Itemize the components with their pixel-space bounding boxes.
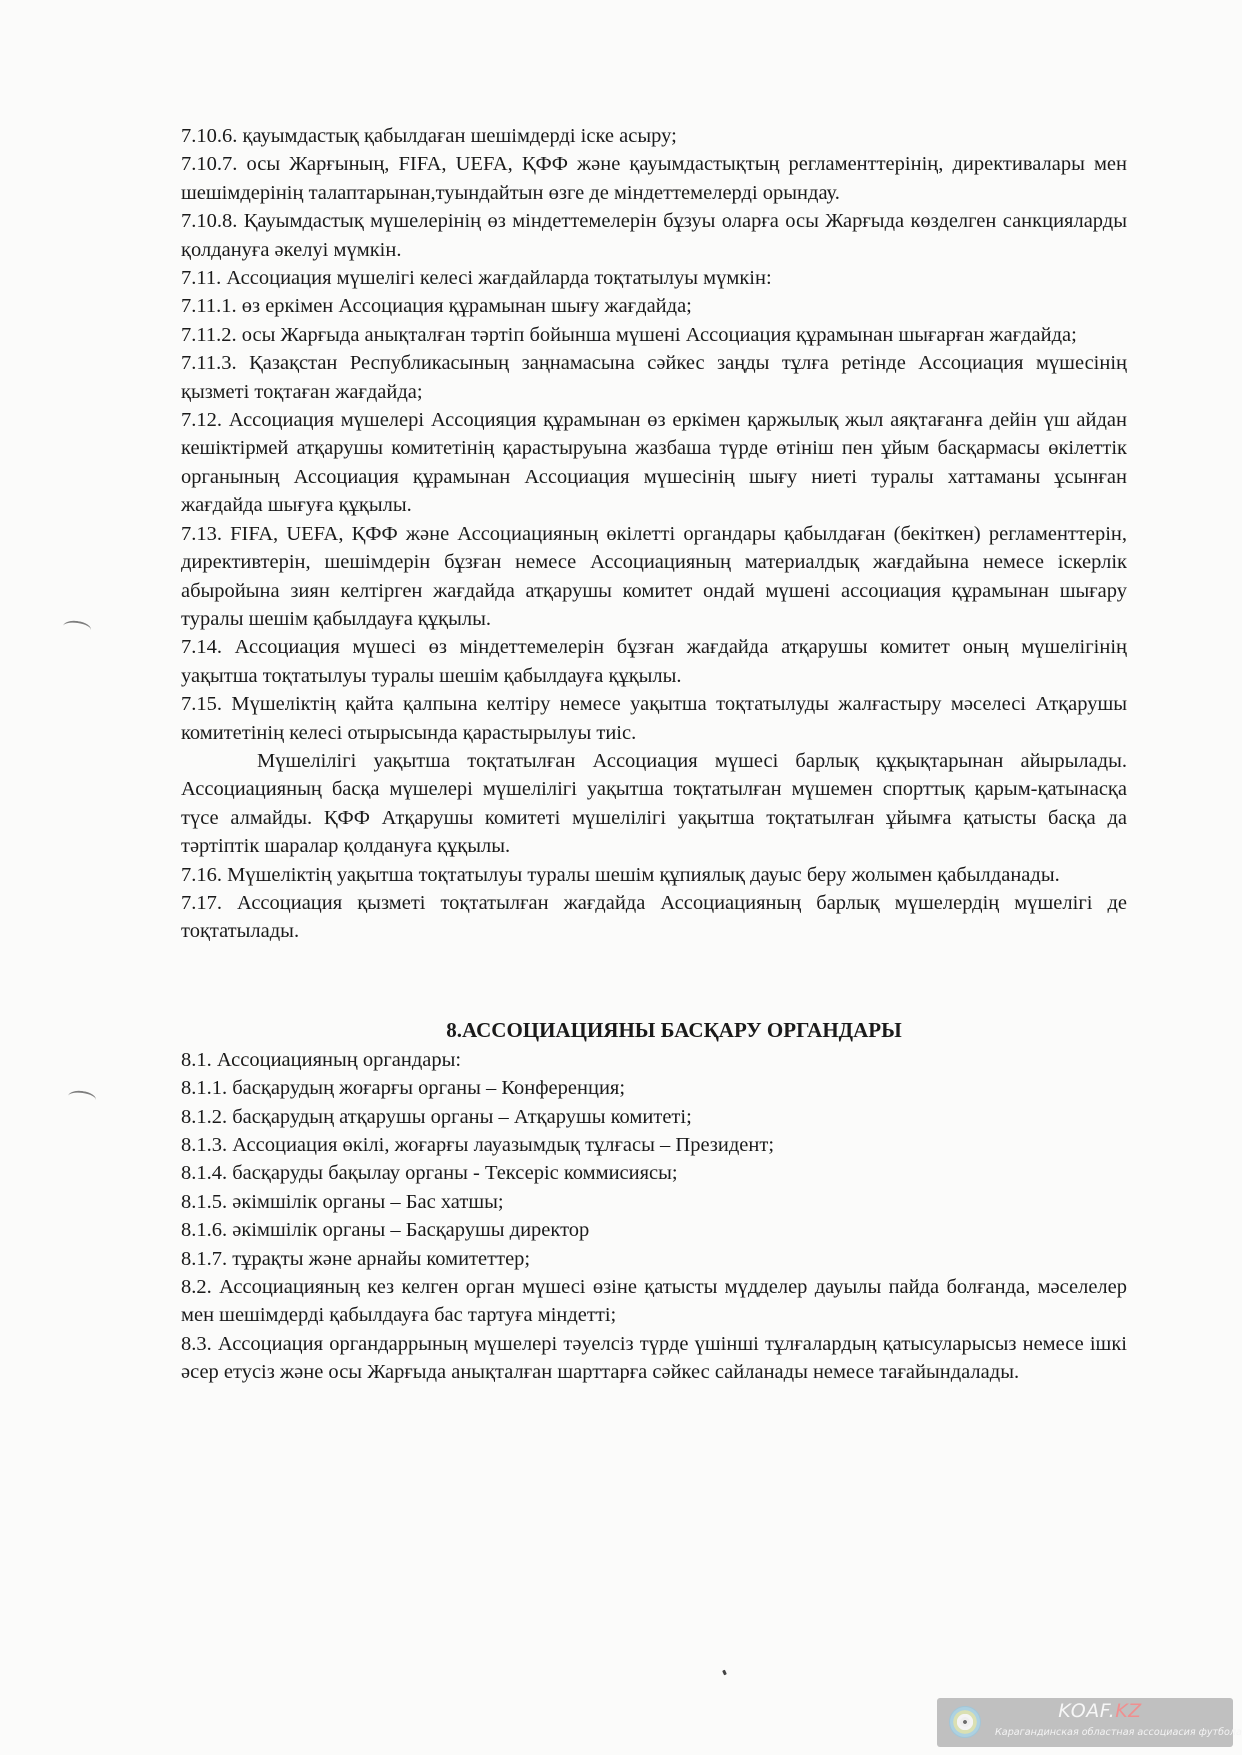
watermark-title-main: KOAF. <box>1058 1700 1115 1722</box>
clause-7-16: 7.16. Мүшеліктің уақытша тоқтатылуы тура… <box>181 861 1127 889</box>
watermark-title-accent: KZ <box>1115 1700 1141 1722</box>
clause-8-1-1: 8.1.1. басқарудың жоғарғы органы – Конфе… <box>181 1074 1127 1102</box>
clause-7-15-paragraph: Мүшелілігі уақытша тоқтатылған Ассоциаци… <box>181 747 1127 861</box>
clause-8-1-5: 8.1.5. әкімшілік органы – Бас хатшы; <box>181 1188 1127 1216</box>
clause-7-11: 7.11. Ассоциация мүшелігі келесі жағдайл… <box>181 264 1127 292</box>
clause-8-1-3: 8.1.3. Ассоциация өкілі, жоғарғы лауазым… <box>181 1131 1127 1159</box>
clause-7-15: 7.15. Мүшеліктің қайта қалпына келтіру н… <box>181 690 1127 747</box>
watermark-subtitle: Карагандинская областная ассоциасия футб… <box>995 1727 1227 1738</box>
clause-7-10-8: 7.10.8. Қауымдастық мүшелерінің өз мінде… <box>181 207 1127 264</box>
scan-artifact-mark <box>62 619 92 637</box>
clause-7-17: 7.17. Ассоциация қызметі тоқтатылған жағ… <box>181 889 1127 946</box>
clause-8-1-6: 8.1.6. әкімшілік органы – Басқарушы дире… <box>181 1216 1127 1244</box>
section-8: 8.1. Ассоциацияның органдары: 8.1.1. бас… <box>181 1046 1127 1387</box>
clause-7-11-3: 7.11.3. Қазақстан Республикасының заңнам… <box>181 349 1127 406</box>
clause-8-1-2: 8.1.2. басқарудың атқарушы органы – Атқа… <box>181 1103 1127 1131</box>
section-8-heading: 8.АССОЦИАЦИЯНЫ БАСҚАРУ ОРГАНДАРЫ <box>181 1014 1127 1046</box>
clause-7-14: 7.14. Ассоциация мүшесі өз міндеттемелер… <box>181 633 1127 690</box>
koaf-watermark: KOAF.KZ Карагандинская областная ассоциа… <box>937 1698 1233 1747</box>
document-page: 7.10.6. қауымдастық қабылдаған шешімдерд… <box>181 122 1127 1387</box>
scan-artifact-dot <box>722 1670 727 1676</box>
clause-7-10-6: 7.10.6. қауымдастық қабылдаған шешімдерд… <box>181 122 1127 150</box>
clause-8-1-4: 8.1.4. басқаруды бақылау органы - Тексер… <box>181 1159 1127 1187</box>
scan-artifact-mark <box>67 1089 97 1107</box>
watermark-title: KOAF.KZ <box>937 1700 1233 1722</box>
clause-8-1-7: 8.1.7. тұрақты және арнайы комитеттер; <box>181 1245 1127 1273</box>
section-7-continued: 7.10.6. қауымдастық қабылдаған шешімдерд… <box>181 122 1127 946</box>
clause-8-2: 8.2. Ассоциацияның кез келген орган мүше… <box>181 1273 1127 1330</box>
clause-7-11-2: 7.11.2. осы Жарғыда анықталған тәртіп бо… <box>181 321 1127 349</box>
clause-8-1: 8.1. Ассоциацияның органдары: <box>181 1046 1127 1074</box>
clause-7-11-1: 7.11.1. өз еркімен Ассоциация құрамынан … <box>181 292 1127 320</box>
clause-7-13: 7.13. FIFA, UEFA, ҚФФ және Ассоциацияның… <box>181 520 1127 634</box>
clause-7-12: 7.12. Ассоциация мүшелері Ассоцияция құр… <box>181 406 1127 520</box>
clause-8-3: 8.3. Ассоциация органдаррының мүшелері т… <box>181 1330 1127 1387</box>
clause-7-10-7: 7.10.7. осы Жарғының, FIFA, UEFA, ҚФФ жә… <box>181 150 1127 207</box>
